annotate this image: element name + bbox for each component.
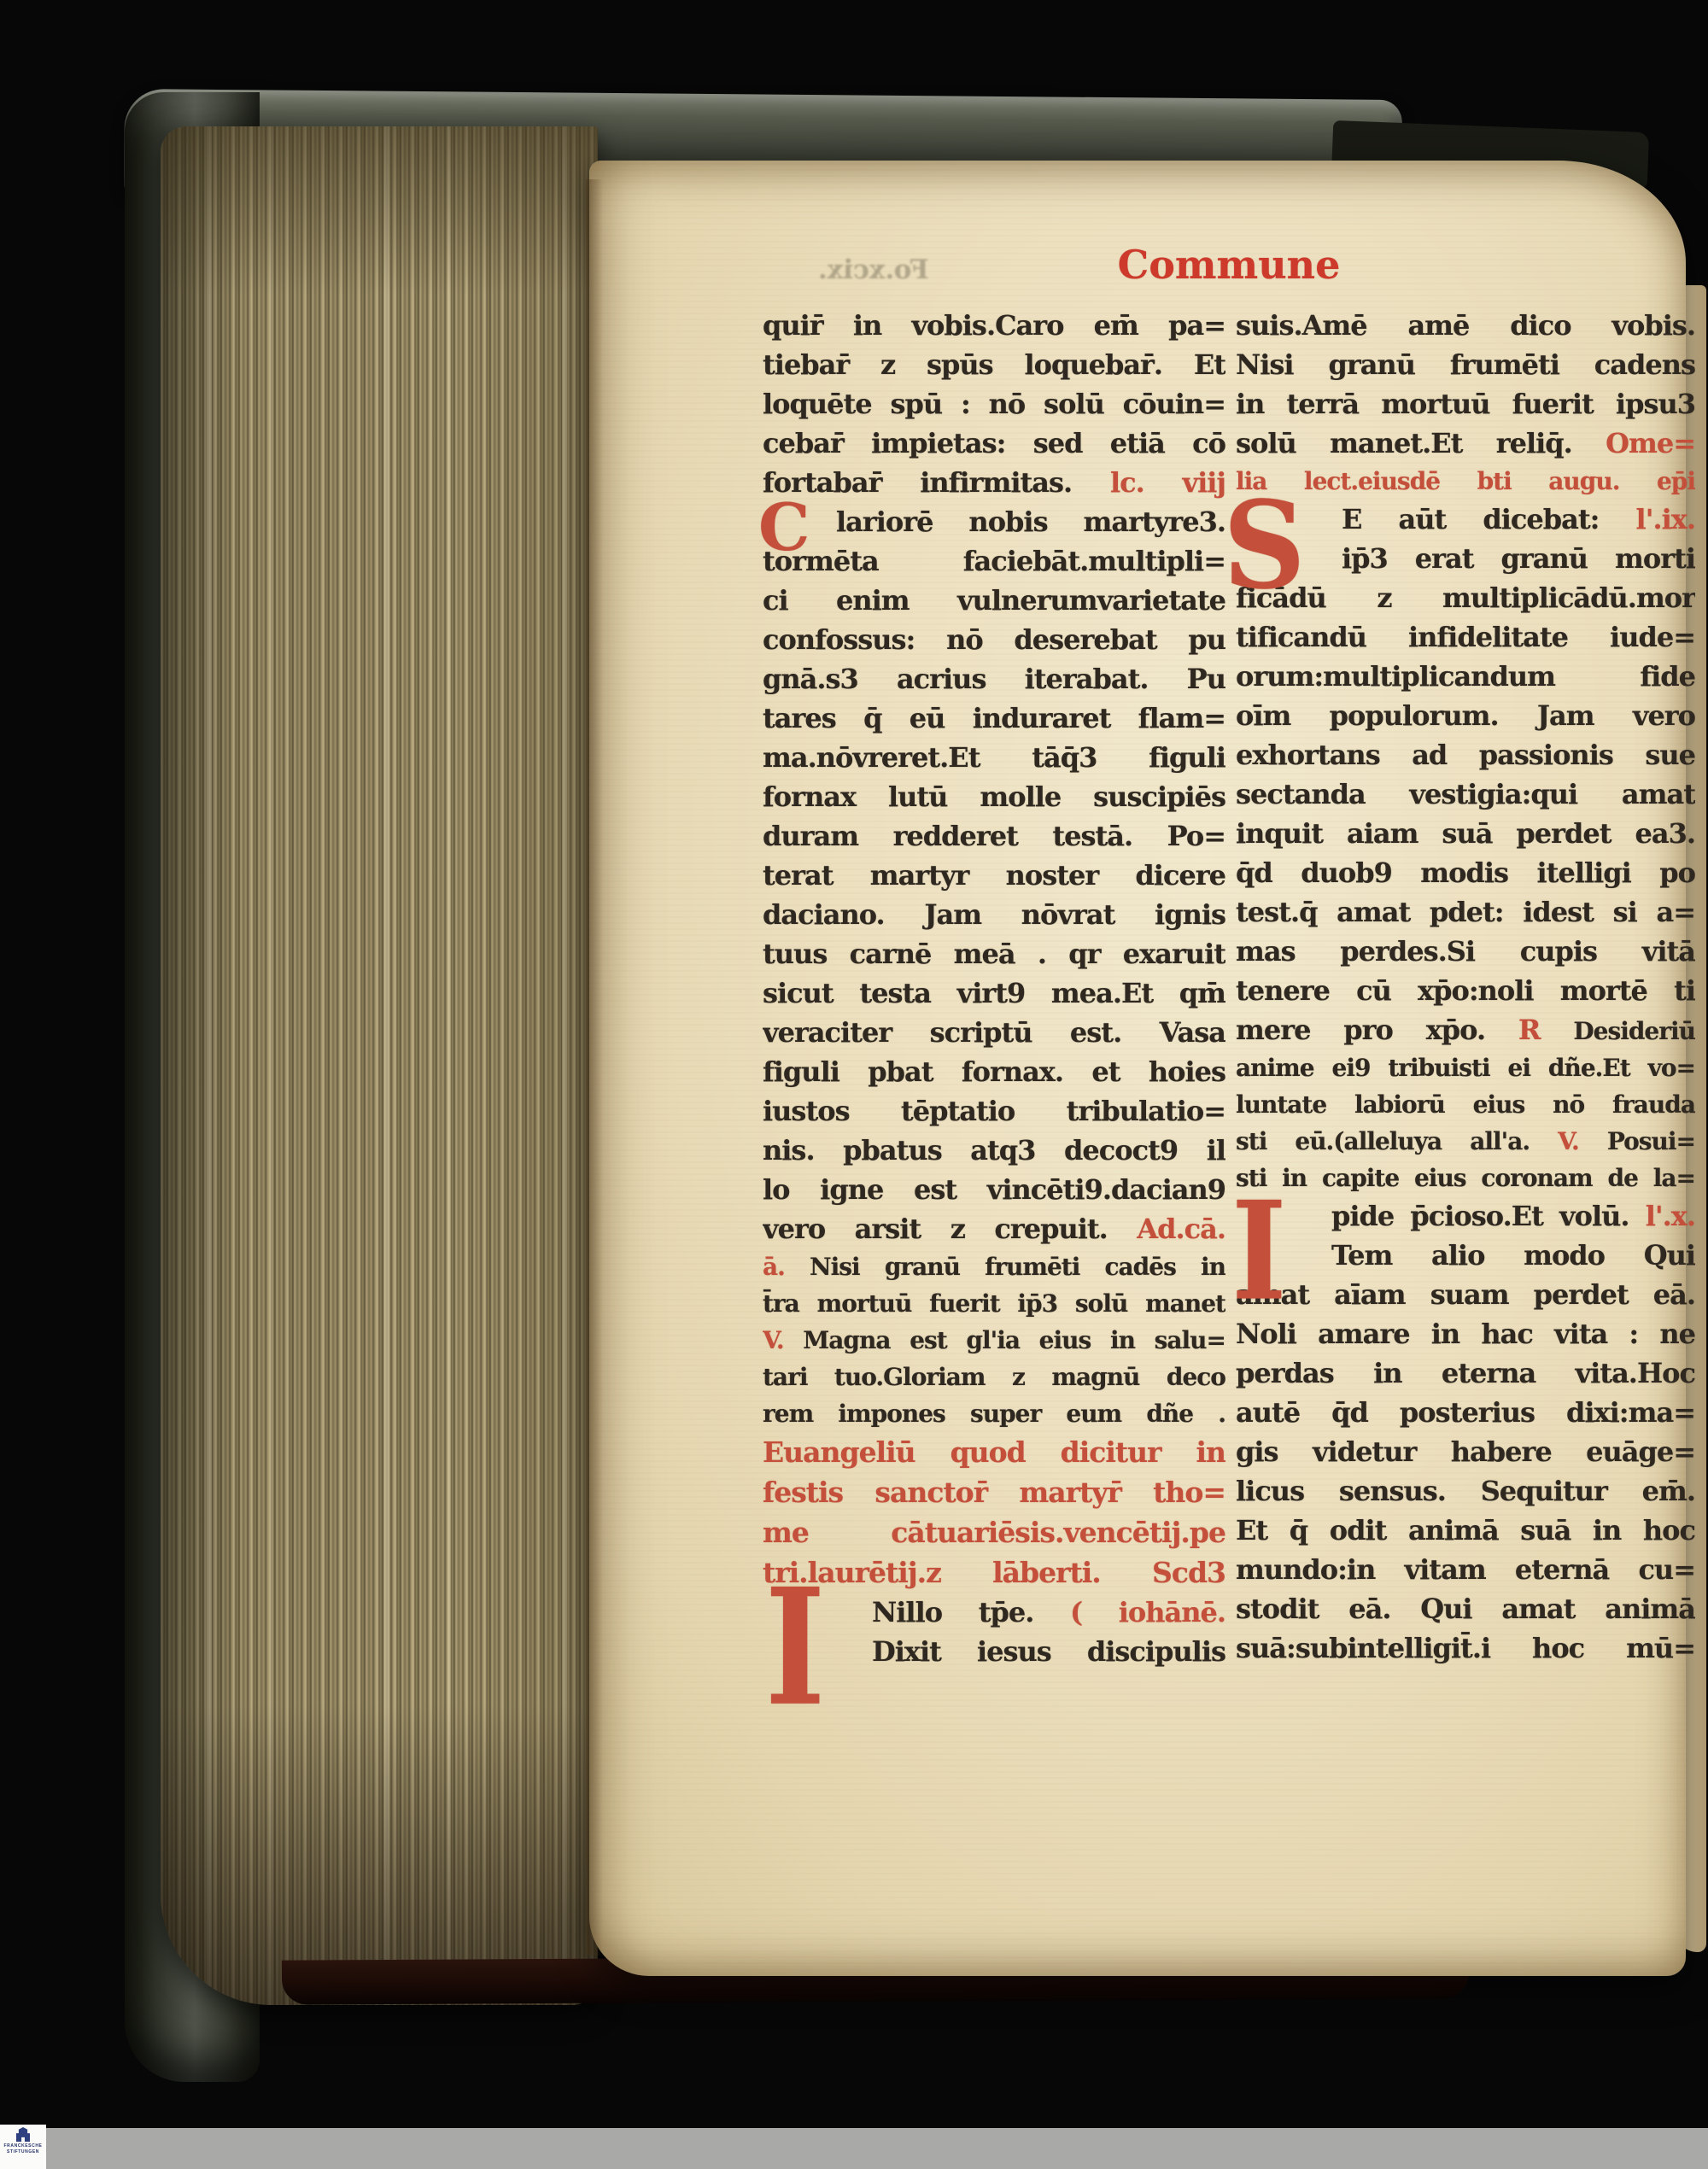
text-segment: inquit aiam suā perdet ea3. (1236, 817, 1695, 850)
text-line: nis. pbatus atq3 decoct9 il (763, 1131, 1225, 1170)
text-line: duram redderet testā. Po= (763, 816, 1225, 856)
text-segment: nis. pbatus atq3 decoct9 il (763, 1134, 1225, 1166)
text-segment: daciano. Jam nōvrat ignis (763, 898, 1225, 931)
text-segment: iustos tēptatio tribulatio= (763, 1095, 1225, 1127)
text-segment: lariorē nobis martyre3. (836, 506, 1225, 538)
text-line: suis.Amē amē dico vobis. (1236, 306, 1695, 345)
text-segment: mere pro xp̄o. (1236, 1014, 1518, 1046)
text-line: festis sanctor̄ martyr̄ tho= (763, 1472, 1225, 1512)
text-segment: cebar̄ impietas: sed etiā cō (763, 427, 1225, 459)
text-line: tenere cū xp̄o:noli mortē ti (1236, 971, 1695, 1010)
text-segment: pide p̄cioso.Et volū. (1331, 1200, 1646, 1232)
text-segment: fornax lutū molle suscipiēs (763, 780, 1225, 813)
lombard-initial: I (765, 1568, 825, 1728)
text-line: V. Magna est gl'ia eius in salu= (763, 1322, 1225, 1359)
text-segment: V. (763, 1326, 803, 1354)
text-line: solū manet.Et reliq̄. Ome= (1236, 424, 1695, 463)
text-segment: tenere cū xp̄o:noli mortē ti (1236, 974, 1695, 1007)
text-line: t̄ra mortuū fuerit ip̄3 solū manet (763, 1285, 1225, 1322)
text-segment: Magna est gl'ia eius in salu= (803, 1326, 1225, 1354)
text-segment: E aūt dicebat: (1342, 503, 1636, 535)
text-line: autē q̄d posterius dixi:ma= (1236, 1393, 1695, 1432)
text-segment: gnā.s3 acrius iterabat. Pu (763, 663, 1225, 695)
text-line: exhortans ad passionis sue (1236, 735, 1695, 775)
text-segment: t̄ra mortuū fuerit ip̄3 solū manet (763, 1289, 1225, 1318)
tower-icon (16, 2127, 30, 2142)
text-segment: Tem alio modo Qui (1331, 1239, 1695, 1272)
text-segment: mas perdes.Si cupis vitā (1236, 935, 1695, 968)
text-segment: test.q̄ amat pdet: idest si a= (1236, 896, 1695, 928)
lombard-initial: I (1231, 1184, 1287, 1319)
text-segment: sti eū.(alleluya all'a. (1236, 1127, 1558, 1155)
text-segment: duram redderet testā. Po= (763, 820, 1225, 852)
text-segment: luntate labiorū eius nō frauda (1236, 1090, 1695, 1119)
text-segment: mundo:in vitam eternā cu= (1236, 1553, 1695, 1586)
text-line: test.q̄ amat pdet: idest si a= (1236, 892, 1695, 932)
running-title: Commune (763, 243, 1695, 287)
library-logo-text: FRANCKESCHE STIFTUNGEN (4, 2143, 43, 2154)
gutter-crease (586, 179, 603, 1956)
text-line: anime ei9 tribuisti ei dñe.Et vo= (1236, 1049, 1695, 1086)
text-segment: orum:multiplicandum fide (1236, 660, 1695, 693)
text-line: stodit eā. Qui amat animā (1236, 1589, 1695, 1628)
text-line: mundo:in vitam eternā cu= (1236, 1550, 1695, 1589)
text-segment: Nillo tp̄e. (872, 1596, 1070, 1628)
text-segment: festis sanctor̄ martyr̄ tho= (763, 1476, 1225, 1509)
text-segment: l'.ix. (1636, 503, 1695, 535)
text-segment: sti in capite eius coronam de la= (1236, 1164, 1695, 1192)
text-line: ma.nōvreret.Et tāq̄3 figuli (763, 738, 1225, 777)
text-line: pide p̄cioso.Et volū. l'.x. (1236, 1196, 1695, 1236)
text-segment: ā. (763, 1253, 810, 1281)
lombard-initial: S (1223, 485, 1306, 605)
text-segment: suā:subintelligit̄.i hoc mū= (1236, 1632, 1695, 1664)
text-segment: figuli pbat fornax. et hoies (763, 1055, 1225, 1088)
text-line: ā. Nisi granū frumēti cadēs in (763, 1248, 1225, 1285)
text-segment: gis videtur habere euāge= (1236, 1435, 1695, 1468)
text-line: terat martyr noster dicere (763, 856, 1225, 895)
text-segment: perdas in eterna vita.Hoc (1236, 1357, 1695, 1389)
text-line: sti eū.(alleluya all'a. V. Posui= (1236, 1123, 1695, 1160)
text-line: Nillo tp̄e. ( iohānē. (763, 1593, 1225, 1632)
text-segment: Dixit iesus discipulis (872, 1635, 1225, 1668)
text-line: Dixit iesus discipulis (763, 1632, 1225, 1671)
text-segment: anime ei9 tribuisti ei dñe.Et vo= (1236, 1054, 1695, 1082)
text-segment: Ad.cā. (1137, 1213, 1225, 1245)
text-segment: ( iohānē. (1070, 1596, 1225, 1628)
text-line: orum:multiplicandum fide (1236, 657, 1695, 696)
text-line: inquit aiam suā perdet ea3. (1236, 814, 1695, 853)
text-line: luntate labiorū eius nō frauda (1236, 1086, 1695, 1123)
text-segment: confossus: nō deserebat pu (763, 623, 1225, 656)
text-segment: veraciter scriptū est. Vasa (763, 1016, 1225, 1049)
text-line: sectanda vestigia:qui amat (1236, 775, 1695, 814)
page-stack-fore-edge (161, 126, 598, 2005)
text-line: Tem alio modo Qui (1236, 1236, 1695, 1275)
text-line: Noli amare in hac vita : ne (1236, 1314, 1695, 1353)
viewer-bottom-bar (0, 2128, 1708, 2169)
lombard-initial: C (758, 495, 810, 560)
text-segment: tri.laurētij.z lāberti. Scd3 (763, 1556, 1225, 1589)
text-segment: tari tuo.Gloriam z magnū deco (763, 1363, 1225, 1391)
text-segment: lo igne est vincēti9.dacian9 (763, 1173, 1225, 1206)
text-line: fortabar̄ infirmitas. lc. viij (763, 463, 1225, 502)
text-line: amat aīam suam perdet eā. (1236, 1275, 1695, 1314)
text-line: figuli pbat fornax. et hoies (763, 1052, 1225, 1091)
text-line: fornax lutū molle suscipiēs (763, 777, 1225, 816)
text-line: sicut testa virt9 mea.Et qm̄ (763, 973, 1225, 1013)
text-segment: q̄d duob9 modis itelligi po (1236, 856, 1695, 889)
text-segment: amat aīam suam perdet eā. (1236, 1278, 1695, 1311)
text-line: mere pro xp̄o. R Desideriū (1236, 1010, 1695, 1049)
text-line: tari tuo.Gloriam z magnū deco (763, 1359, 1225, 1395)
text-line: veraciter scriptū est. Vasa (763, 1013, 1225, 1052)
text-line: oīm populorum. Jam vero (1236, 696, 1695, 735)
text-line: gnā.s3 acrius iterabat. Pu (763, 659, 1225, 699)
text-segment: Euangeliū quod dicitur in (763, 1435, 1225, 1469)
text-line: Et q̄ odit animā suā in hoc (1236, 1511, 1695, 1550)
text-line: tiebar̄ z spūs loquebar̄. Et (763, 345, 1225, 384)
text-line: q̄d duob9 modis itelligi po (1236, 853, 1695, 892)
library-logo: FRANCKESCHE STIFTUNGEN (0, 2125, 46, 2169)
library-logo-line1: FRANCKESCHE (4, 2143, 43, 2149)
text-line: in terrā mortuū fuerit ipsu3 (1236, 384, 1695, 424)
text-segment: tormēta faciebāt.multipli= (763, 545, 1225, 577)
text-line: Euangeliū quod dicitur in (763, 1432, 1225, 1472)
text-segment: Et q̄ odit animā suā in hoc (1236, 1514, 1695, 1546)
text-segment: ip̄3 erat granū morti (1342, 542, 1695, 575)
text-line: tri.laurētij.z lāberti. Scd3 (763, 1552, 1225, 1593)
text-segment: terat martyr noster dicere (763, 859, 1225, 892)
text-segment: solū manet.Et reliq̄. (1236, 427, 1606, 459)
column-left: quir̄ in vobis.Caro em̄ pa=tiebar̄ z spū… (763, 306, 1225, 1671)
text-line: tares q̄ eū induraret flam= (763, 699, 1225, 738)
text-segment: V. (1558, 1127, 1607, 1155)
text-segment: me cātuariēsis.vencētij.pe (763, 1516, 1225, 1549)
text-line: loquēte spū : nō solū cōuin= (763, 384, 1225, 424)
library-logo-line2: STIFTUNGEN (4, 2149, 43, 2155)
text-segment: sicut testa virt9 mea.Et qm̄ (763, 977, 1225, 1009)
text-segment: Ome= (1606, 427, 1695, 459)
text-segment: tuus carnē meā . qr exaruit (763, 938, 1225, 970)
text-segment: tificandū infidelitate iude= (1236, 621, 1695, 653)
text-line: cebar̄ impietas: sed etiā cō (763, 424, 1225, 463)
text-segment: R (1518, 1014, 1573, 1046)
text-line: daciano. Jam nōvrat ignis (763, 895, 1225, 934)
text-segment: tiebar̄ z spūs loquebar̄. Et (763, 348, 1225, 381)
text-line: tificandū infidelitate iude= (1236, 617, 1695, 657)
text-line: gis videtur habere euāge= (1236, 1432, 1695, 1471)
text-segment: in terrā mortuū fuerit ipsu3 (1236, 388, 1695, 420)
text-segment: Posui= (1607, 1127, 1695, 1155)
text-line: lariorē nobis martyre3. (763, 502, 1225, 541)
text-segment: exhortans ad passionis sue (1236, 739, 1695, 771)
text-line: lo igne est vincēti9.dacian9 (763, 1170, 1225, 1209)
text-segment: oīm populorum. Jam vero (1236, 699, 1695, 732)
text-line: ci enim vulnerumvarietate (763, 581, 1225, 620)
text-line: me cātuariēsis.vencētij.pe (763, 1512, 1225, 1552)
text-segment: suis.Amē amē dico vobis. (1236, 309, 1695, 342)
text-line: mas perdes.Si cupis vitā (1236, 932, 1695, 971)
text-line: quir̄ in vobis.Caro em̄ pa= (763, 306, 1225, 345)
photo-of-open-incunable: Fo.xcix. Commune quir̄ in vobis.Caro em̄… (0, 0, 1708, 2169)
text-segment: l'.x. (1646, 1200, 1695, 1232)
text-segment: licus sensus. Sequitur em̄. (1236, 1475, 1695, 1507)
text-line: Nisi granū frumēti cadens (1236, 345, 1695, 384)
text-line: licus sensus. Sequitur em̄. (1236, 1471, 1695, 1511)
text-segment: quir̄ in vobis.Caro em̄ pa= (763, 309, 1225, 342)
text-segment: rem impones super eum dñe . (763, 1400, 1225, 1428)
text-segment: sectanda vestigia:qui amat (1236, 778, 1695, 810)
text-segment: loquēte spū : nō solū cōuin= (763, 388, 1225, 420)
text-segment: fortabar̄ infirmitas. (763, 466, 1110, 499)
open-page: Fo.xcix. Commune quir̄ in vobis.Caro em̄… (589, 161, 1686, 1976)
text-line: suā:subintelligit̄.i hoc mū= (1236, 1628, 1695, 1668)
text-segment: stodit eā. Qui amat animā (1236, 1593, 1695, 1625)
text-segment: Desideriū (1573, 1017, 1695, 1045)
text-segment: lc. viij (1110, 466, 1225, 499)
text-segment: tares q̄ eū induraret flam= (763, 702, 1225, 734)
text-line: tuus carnē meā . qr exaruit (763, 934, 1225, 973)
text-segment: ma.nōvreret.Et tāq̄3 figuli (763, 741, 1225, 774)
text-line: sti in capite eius coronam de la= (1236, 1160, 1695, 1196)
text-line: rem impones super eum dñe . (763, 1395, 1225, 1432)
text-line: vero arsit z crepuit. Ad.cā. (763, 1209, 1225, 1248)
text-segment: autē q̄d posterius dixi:ma= (1236, 1396, 1695, 1429)
text-segment: Noli amare in hac vita : ne (1236, 1318, 1695, 1350)
text-segment: vero arsit z crepuit. (763, 1213, 1137, 1245)
text-line: confossus: nō deserebat pu (763, 620, 1225, 659)
text-line: tormēta faciebāt.multipli= (763, 541, 1225, 581)
text-segment: ci enim vulnerumvarietate (763, 584, 1225, 617)
text-segment: Nisi granū frumēti cadens (1236, 348, 1695, 381)
text-line: iustos tēptatio tribulatio= (763, 1091, 1225, 1131)
text-segment: Nisi granū frumēti cadēs in (810, 1253, 1225, 1281)
text-line: perdas in eterna vita.Hoc (1236, 1353, 1695, 1393)
